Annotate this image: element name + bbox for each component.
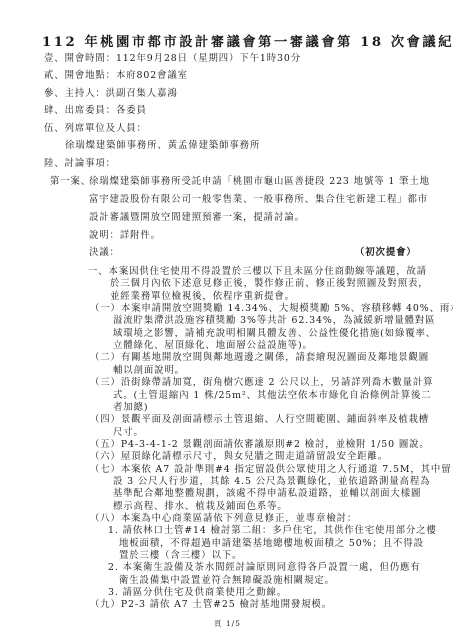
resolution-line: 設 3 公尺人行步道，其餘 4.5 公尺為景觀綠化，並依道路測量高程為 bbox=[113, 476, 430, 488]
resolution-line: 3. 請區分供住宅及供商業使用之動線。 bbox=[108, 587, 287, 599]
resolution-line: 標示高程、排水、植栽及鋪面色系等。 bbox=[113, 501, 288, 513]
discussion-heading: 陸、討論事項： bbox=[44, 158, 116, 170]
resolution-line: 並經業務單位檢視後，依程序重新提會。 bbox=[110, 291, 295, 303]
resolution-line: 置於三樓（含三樓）以下。 bbox=[119, 550, 242, 562]
resolution-line: 輔以剖面說明。 bbox=[113, 365, 185, 377]
resolution-line: 立體綠化、屋頂綠化、地面層公益設施等)。 bbox=[113, 340, 313, 352]
resolution-line: （三）沿街綠帶請加寬，街角樹穴應達 2 公尺以上，另請詳列喬木數量計算 bbox=[90, 377, 433, 389]
item-label: 主持人：洪副召集人嘉鴻 bbox=[65, 88, 178, 99]
resolution-label: 決議： bbox=[89, 247, 120, 259]
resolution-line: （六）屋頂綠化請標示尺寸，與女兒牆之間走道請留設安全距離。 bbox=[90, 451, 388, 463]
item-label: 開會地點：本府802會議室 bbox=[65, 70, 188, 81]
resolution-line: （五）P4-3-4-1-2 景觀剖面請依審議原則#2 檢討，並檢附 1/50 圖… bbox=[90, 439, 430, 451]
resolution-line: 式。(土管退縮內 1 株/25m²、其他法空依本市綠化自治條例計算後二 bbox=[113, 390, 432, 402]
document-title: 112 年桃園市都市設計審議會第一審議會第 18 次會議紀錄 bbox=[42, 31, 422, 50]
item-number: 壹、 bbox=[44, 53, 65, 64]
item-label: 出席委員：各委員 bbox=[65, 105, 147, 116]
resolution-line: （七）本案依 A7 設計準則#4 指定留設供公眾使用之人行通道 7.5M，其中留 bbox=[90, 464, 452, 476]
resolution-line: （八）本案為中心商業區請依下列意見修正，並專章檢討： bbox=[90, 513, 357, 525]
resolution-line: 於三個月內依下述意見修正後，製作修正前、修正後對照圖及對照表， bbox=[110, 278, 429, 290]
page-number: 頁 1/5 bbox=[214, 618, 241, 629]
resolution-line: 2. 本案衛生設備及茶水間經討論原則同意得各戶設置一處，但仍應有 bbox=[108, 562, 421, 574]
meeting-time: 壹、開會時間：112年9月28日（星期四）下午1時30分 bbox=[44, 53, 301, 65]
resolution-line: 一、本案因供住宅使用不得設置於三樓以下且未區分住商動線等議題，故請 bbox=[88, 266, 427, 278]
meeting-location: 貳、開會地點：本府802會議室 bbox=[44, 70, 188, 82]
resolution-line: （四）景觀平面及剖面請標示土管退縮、人行空間範圍、鋪面斜率及植栽槽 bbox=[90, 414, 429, 426]
case-label: 第一案、 bbox=[50, 176, 91, 188]
item-label: 開會時間：112年9月28日（星期四）下午1時30分 bbox=[65, 53, 301, 64]
resolution-line: 衛生設備集中設置並符合無障礙設施相關規定。 bbox=[119, 575, 335, 587]
resolution-line: 尺寸。 bbox=[113, 427, 144, 439]
resolution-line: （二）有關基地開放空間與鄰地週邊之關係，請套繪現況圖面及鄰地景觀圖 bbox=[90, 352, 429, 364]
document-page: 112 年桃園市都市設計審議會第一審議會第 18 次會議紀錄 壹、開會時間：11… bbox=[0, 0, 453, 640]
item-number: 參、 bbox=[44, 88, 65, 99]
resolution-line: 溢流貯集滯洪設施容積獎勵 3%等共計 62.34%，為減緩新增量體對區 bbox=[113, 315, 435, 327]
case-text-line: 徐瑞燦建築師事務所受託申請「桃園市龜山區善捷段 223 地號等 1 筆土地 bbox=[89, 176, 430, 188]
item-number: 肆、 bbox=[44, 105, 65, 116]
attendees-list: 徐瑞燦建築師事務所、黃孟偉建築師事務所 bbox=[65, 140, 260, 152]
resolution-line: 基準配合鄰地整體規劃，該處不得申請私設道路，並輔以剖面大樣圖 bbox=[113, 488, 421, 500]
resolution-line: 地板面積，不得超過申請建築基地總樓地板面積之 50%；且不得設 bbox=[119, 538, 424, 550]
resolution-line: （九）P2-3 請依 A7 土管#25 檢討基地開發規模。 bbox=[90, 599, 332, 611]
case-text-line: 設計審議暨開放空間建照預審一案，提請討論。 bbox=[89, 212, 305, 224]
resolution-line: 者加總) bbox=[113, 402, 148, 414]
case-text-line: 富宇建設股份有限公司一般零售業、一般事務所、集合住宅新建工程」都市 bbox=[89, 194, 428, 206]
item-number: 貳、 bbox=[44, 70, 65, 81]
resolution-line: 1. 請依林口土管#14 檢討第二組：多戶住宅，其供作住宅使用部分之樓 bbox=[108, 525, 437, 537]
item-label: 列席單位及人員： bbox=[65, 123, 147, 134]
resolution-line: 域環境之影響，請補充說明相關具體友善、公益性優化措施(如綠覆率、 bbox=[113, 328, 436, 340]
attending-members: 肆、出席委員：各委員 bbox=[44, 105, 147, 117]
attending-units: 伍、列席單位及人員： bbox=[44, 123, 147, 135]
resolution-line: （一）本案申請開放空間獎勵 14.34%、大規模獎勵 5%、容積移轉 40%、雨… bbox=[90, 303, 453, 315]
chairperson: 參、主持人：洪副召集人嘉鴻 bbox=[44, 88, 178, 100]
case-explanation: 說明：詳附件。 bbox=[89, 230, 161, 242]
item-number: 伍、 bbox=[44, 123, 65, 134]
submission-status: （初次提會） bbox=[355, 247, 417, 259]
